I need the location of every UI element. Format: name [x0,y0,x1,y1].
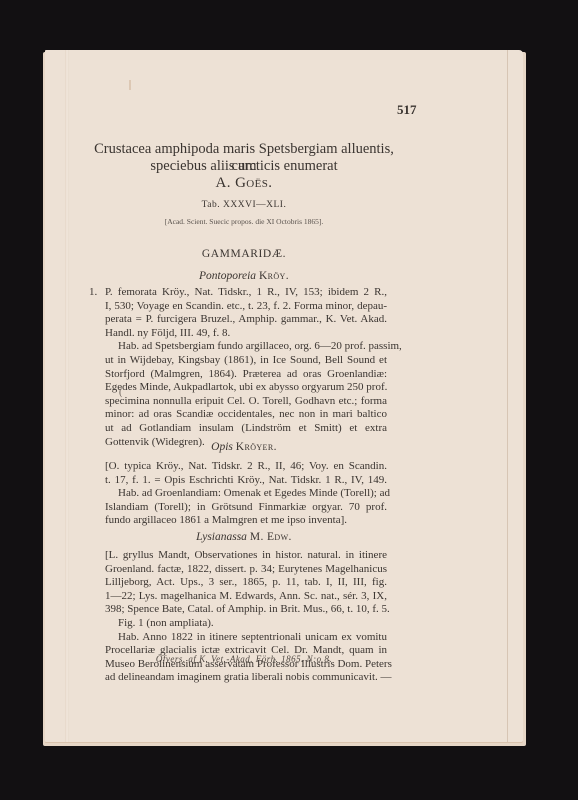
text-line: I, 530; Voyage en Scandin. etc., t. 23, … [105,300,387,314]
genus-heading-opis: Opis Kröyer. [81,441,407,453]
entry-pontoporeia-femorata: P. femorata Kröy., Nat. Tidskr., 1 R., I… [105,286,387,449]
article-title-line-2: speciebus aliis arcticis enumerat [81,158,407,175]
text-line: 398; Spence Bate, Catal. of Amphip. in B… [105,603,387,617]
habitat-line: Hab. ad Groenlandiam: Omenak et Egedes M… [105,487,387,501]
entry-opis-typica: [O. typica Kröy., Nat. Tidskr. 2 R., II,… [105,460,387,528]
genus-author: M. Edw. [250,531,292,543]
genus-name: Opis [211,441,233,453]
entry-lysianassa-gryllus: [L. gryllus Mandt, Observationes in hist… [105,549,387,685]
page-footer-citation: Öfvers. af K. Vet.-Akad. Förh. 1865. N:o… [81,654,407,664]
text-line: ad delineandam imaginem gratia liberali … [105,671,387,685]
text-line: 1—22; Lys. magelhanica M. Edwards, Ann. … [105,590,387,604]
text-line: Islandiam (Torell); in Grötsund Finmarki… [105,501,387,515]
text-line: [L. gryllus Mandt, Observationes in hist… [105,549,387,563]
text-line: [O. typica Kröy., Nat. Tidskr. 2 R., II,… [105,460,387,474]
text-line: Storfjord (Malmgren, 1864). Præterea ad … [105,368,387,382]
text-line: ut ad Gotlandiam insulam (Lindström et S… [105,422,387,436]
habitat-line: Hab. ad Spetsbergiam fundo argillaceo, o… [105,340,387,354]
text-line: Fig. 1 (non ampliata). [105,617,387,631]
text-line: Handl. ny Följd, III. 49, f. 8. [105,327,387,341]
text-line: P. femorata Kröy., Nat. Tidskr., 1 R., I… [105,286,387,300]
text-line: fundo argillaceo 1861 a Malmgren et me i… [105,514,387,528]
page-number: 517 [397,102,417,118]
entry-number: 1. [89,286,97,298]
margin-pencil-mark: ( [119,387,122,398]
sheet-edge-right [507,50,508,742]
text-line: minor: ad oras Scandiæ occidentales, nec… [105,408,387,422]
genus-name: Lysianassa [196,531,247,543]
scan-background: 517 Crustacea amphipoda maris Spetsbergi… [0,0,578,800]
binding-fold-left [65,50,69,742]
text-line: Groenland. factæ, 1822, dissert. p. 34; … [105,563,387,577]
article-author: A. Goës. [81,175,407,192]
text-line: Lilljeborg, Act. Ups., 3 ser., 1865, p. … [105,576,387,590]
text-line: t. 17, f. 1. = Opis Eschrichti Kröy., Na… [105,474,387,488]
text-line: specimina nonnulla eripuit Cel. O. Torel… [105,395,387,409]
genus-name: Pontoporeia [199,270,256,282]
text-line: perata = P. furcigera Bruzel., Amphip. g… [105,313,387,327]
paper-stain [129,80,131,90]
text-line: Egedes Minde, Aukpadlartok, ubi ex abyss… [105,381,387,395]
document-page: 517 Crustacea amphipoda maris Spetsbergi… [45,50,523,742]
genus-author: Kröyer. [236,441,277,453]
habitat-line: Hab. Anno 1822 in itinere septentrionali… [105,631,387,645]
genus-heading-pontoporeia: Pontoporeia Kröy. [81,270,407,282]
plates-reference: Tab. XXXVI—XLI. [81,200,407,210]
family-heading: GAMMARIDÆ. [81,248,407,260]
text-line: ut in Wijdebay, Kingsbay (1861), in Ice … [105,354,387,368]
genus-heading-lysianassa: Lysianassa M. Edw. [81,531,407,543]
genus-author: Kröy. [259,270,289,282]
submission-note: [Acad. Scient. Suecic propos. die XI Oct… [81,217,407,226]
